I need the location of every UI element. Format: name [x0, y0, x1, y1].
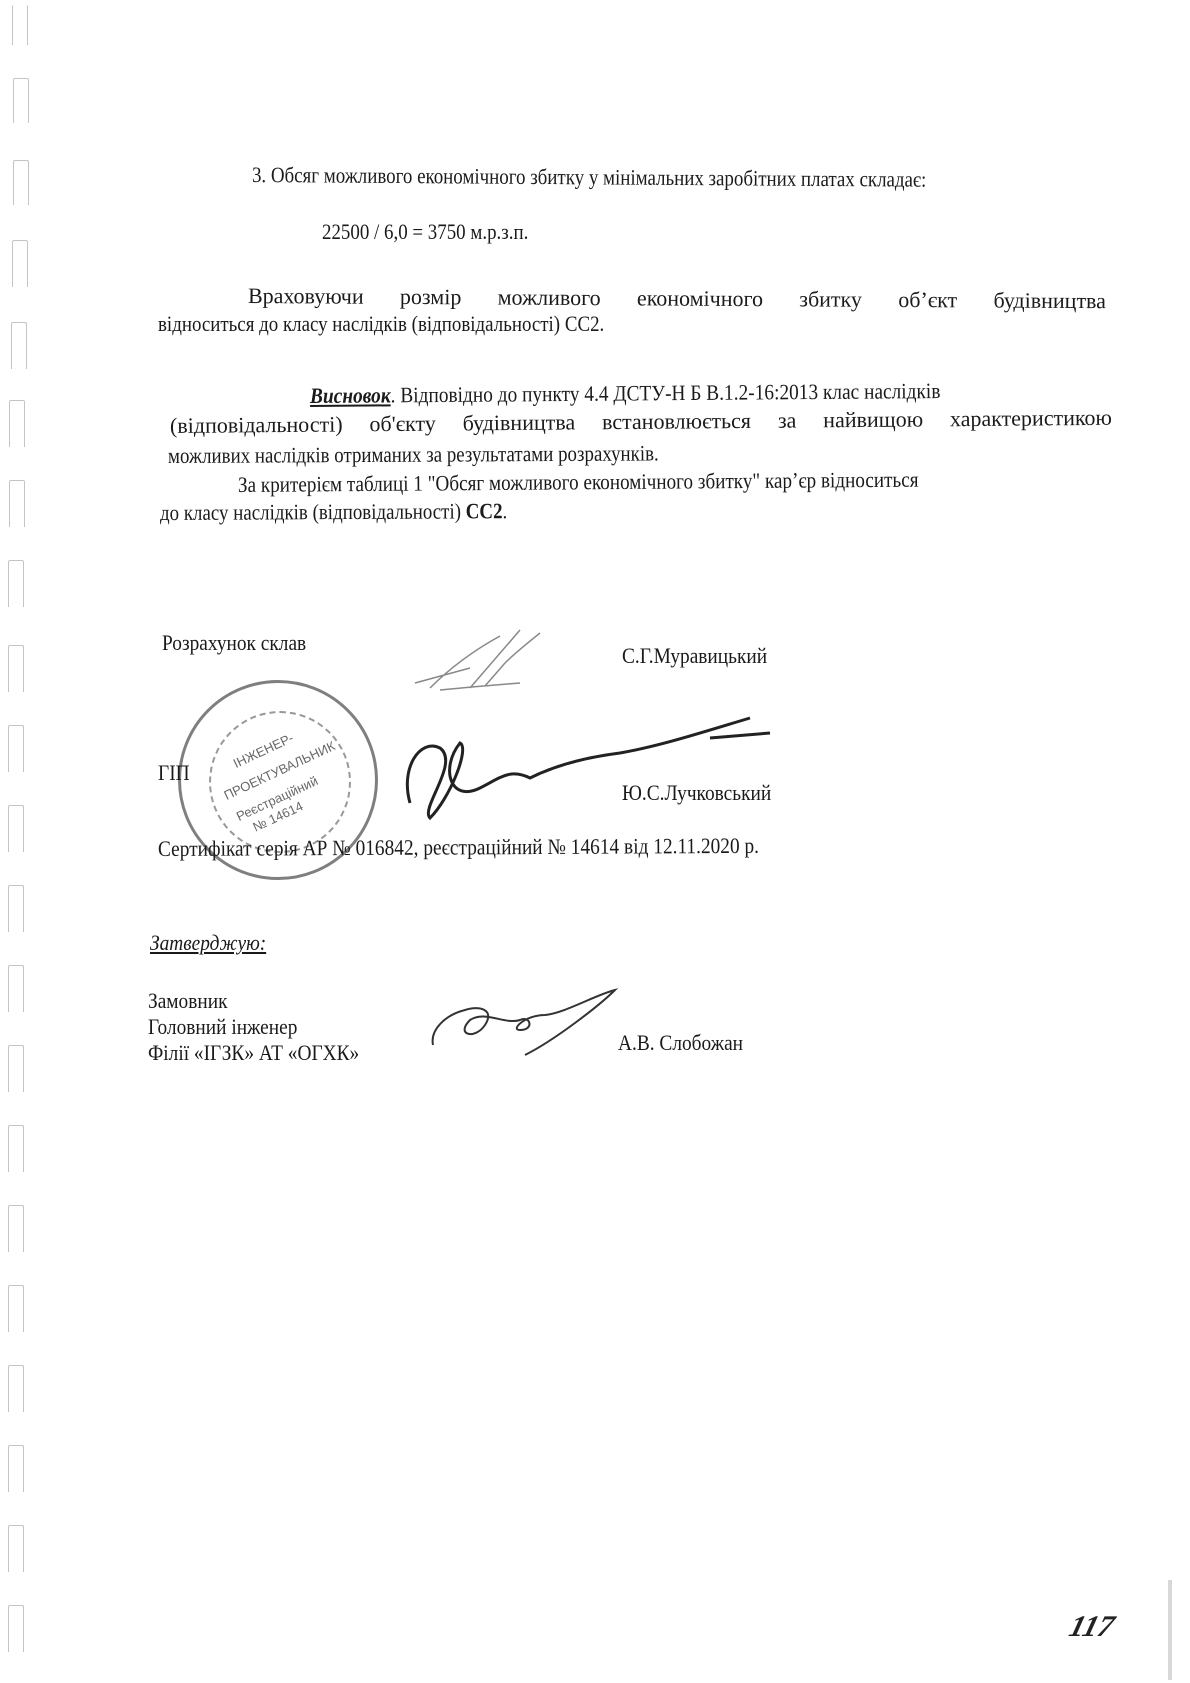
certificate-line: Сертифікат серія АР № 016842, реєстрацій…	[158, 833, 759, 862]
conclusion-line2: (відповідальності) об'єкту будівництва в…	[170, 405, 1112, 439]
considering-line1: Враховуючи розмір можливого економічного…	[248, 283, 1106, 314]
conclusion-line4: За критерієм таблиці 1 "Обсяг можливого …	[238, 467, 919, 498]
conclusion-line3: можливих наслідків отриманих за результа…	[168, 440, 659, 469]
signature-slobozhan-icon	[425, 985, 625, 1060]
conclusion-label: Висновок	[310, 382, 391, 408]
approval-role-branch: Філії «ІГЗК» АТ «ОГХК»	[148, 1040, 359, 1066]
gip-label: ГІП	[158, 760, 190, 786]
conclusion-line5: до класу наслідків (відповідальності) СС…	[160, 498, 507, 526]
considering-line2: відноситься до класу наслідків (відповід…	[158, 311, 604, 337]
item3-heading: 3. Обсяг можливого економічного збитку у…	[252, 162, 927, 193]
conclusion-line1: Висновок. Відповідно до пункту 4.4 ДСТУ-…	[310, 378, 941, 409]
prepared-by-name: С.Г.Муравицький	[622, 643, 767, 669]
signature-muravytskyi-icon	[410, 628, 580, 698]
binding-holes	[0, 0, 60, 1683]
gip-name: Ю.С.Лучковський	[622, 780, 771, 806]
approval-role-chief-engineer: Головний інженер	[148, 1014, 297, 1040]
item3-formula: 22500 / 6,0 = 3750 м.р.з.п.	[322, 219, 528, 245]
approval-role-customer: Замовник	[148, 988, 228, 1014]
page-number: 117	[1065, 1610, 1117, 1644]
page-edge-divider	[1168, 1580, 1172, 1680]
signature-luchkovskyi-icon	[380, 708, 780, 828]
approval-name: А.В. Слобожан	[618, 1030, 743, 1056]
prepared-by-label: Розрахунок склав	[162, 630, 306, 656]
approval-label: Затверджую:	[150, 930, 266, 956]
